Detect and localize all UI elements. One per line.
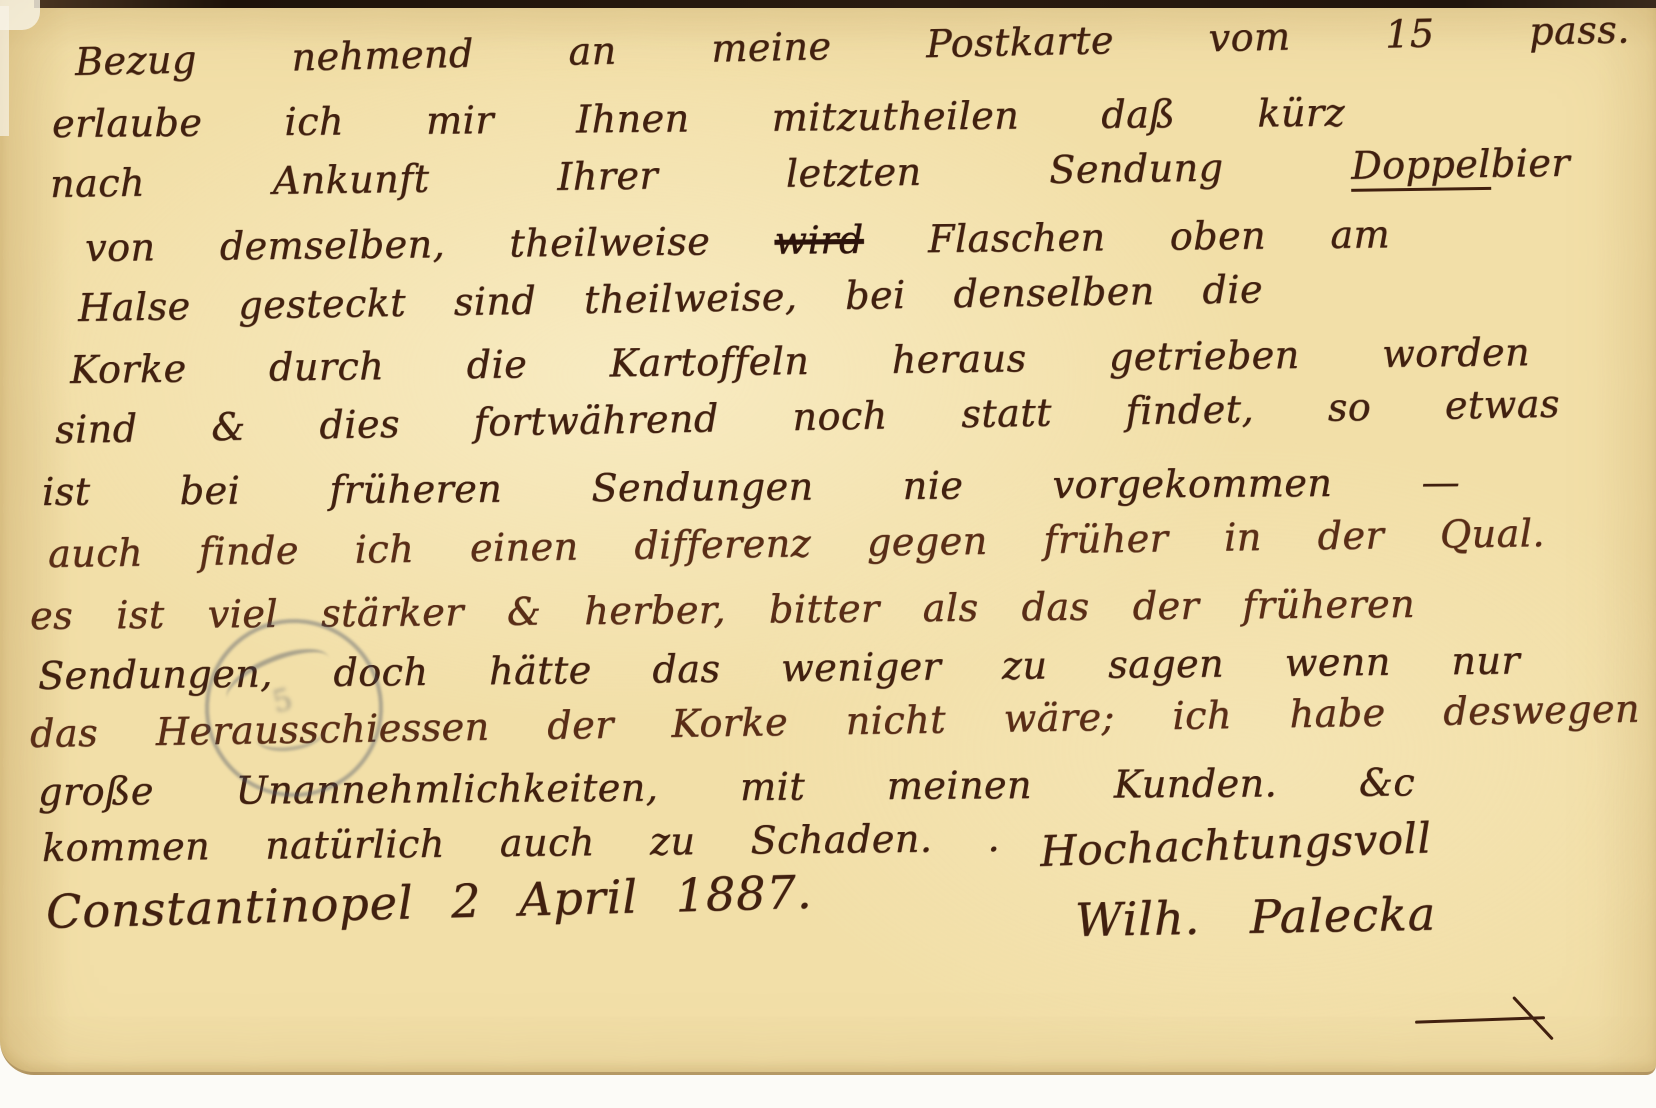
flourish-stroke (1415, 1016, 1545, 1024)
signature-flourish (1414, 996, 1566, 1045)
paper-edge-chip (0, 6, 9, 136)
struck-out-word: wird (774, 218, 864, 263)
underlined-word-doppel: Doppel (1351, 142, 1491, 192)
scan-background: Bezug nehmend an meine Postkarte vom 15 … (0, 0, 1656, 1108)
handwriting-line-1: Bezug nehmend an meine Postkarte vom 15 … (74, 1, 1630, 90)
line-3-post: bier (1490, 141, 1570, 186)
postmark-mark (253, 712, 327, 755)
line-4-pre: von demselben, theilweise (85, 219, 775, 270)
handwriting-line-10: es ist viel stärker & herber, bitter als… (30, 576, 1415, 644)
line-3-pre: nach Ankunft Ihrer letzten Sendung (50, 144, 1352, 206)
signature: Wilh. Palecka (1075, 886, 1437, 948)
dateline: Constantinopel 2 April 1887. (45, 864, 813, 940)
postcard: Bezug nehmend an meine Postkarte vom 15 … (0, 0, 1656, 1075)
line-4-post: Flaschen oben am (863, 212, 1390, 262)
handwriting-closing-line: kommen natürlich auch zu Schaden. . (42, 810, 1001, 876)
valediction: Hochachtungsvoll (1039, 808, 1501, 880)
